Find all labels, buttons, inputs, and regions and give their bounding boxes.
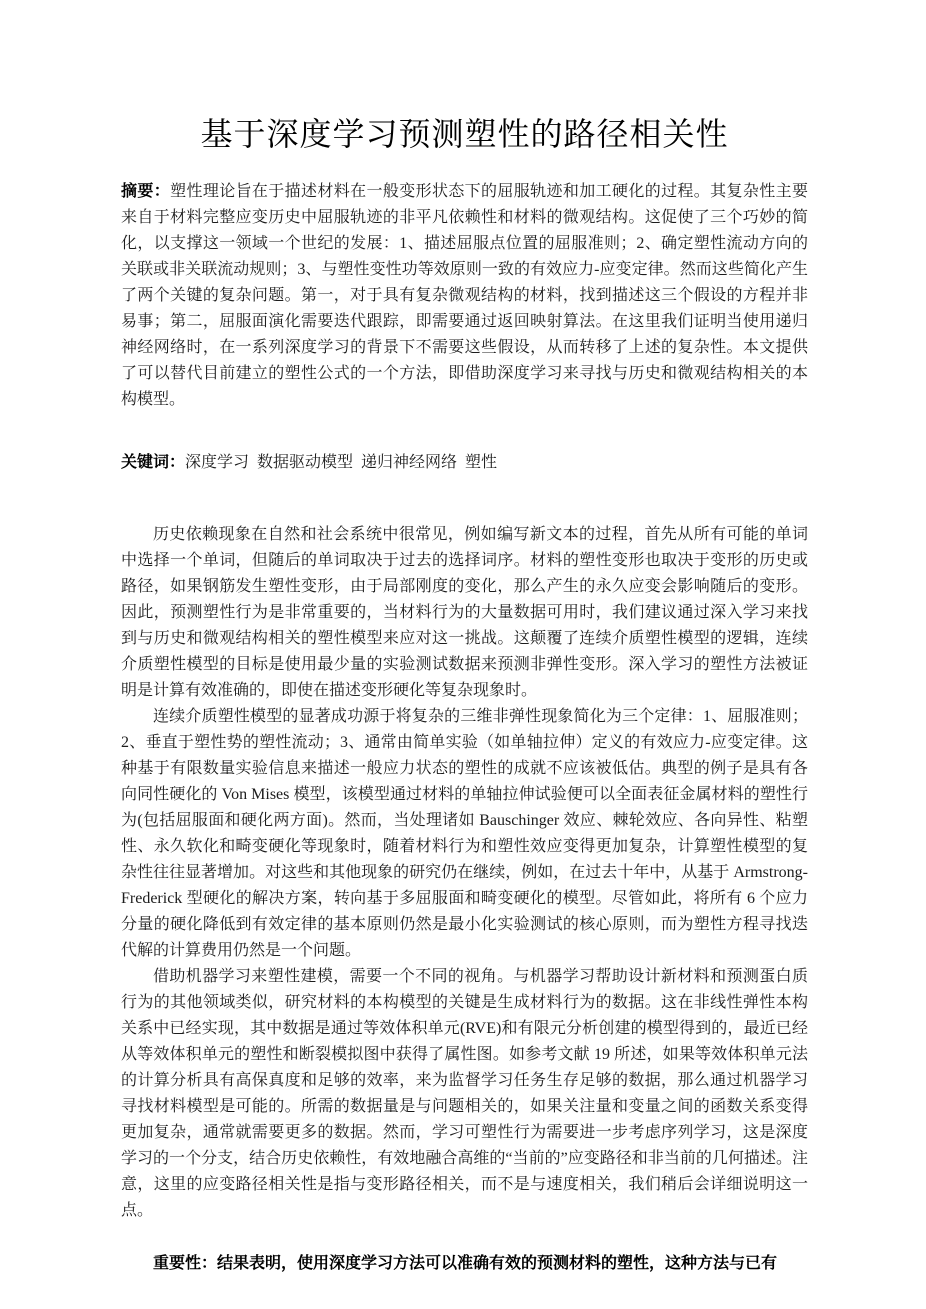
document-page: 基于深度学习预测塑性的路径相关性 摘要：塑性理论旨在于描述材料在一般变形状态下的… xyxy=(0,0,926,1309)
body-paragraph-2: 连续介质塑性模型的显著成功源于将复杂的三维非弹性现象简化为三个定律：1、屈服准则… xyxy=(121,704,808,964)
keywords-label: 关键词： xyxy=(121,452,185,471)
abstract-paragraph: 摘要：塑性理论旨在于描述材料在一般变形状态下的屈服轨迹和加工硬化的过程。其复杂性… xyxy=(121,178,808,413)
page-title: 基于深度学习预测塑性的路径相关性 xyxy=(121,112,808,156)
importance-line: 重要性：结果表明，使用深度学习方法可以准确有效的预测材料的塑性，这种方法与已有 xyxy=(121,1250,808,1276)
body-paragraph-3: 借助机器学习来塑性建模，需要一个不同的视角。与机器学习帮助设计新材料和预测蛋白质… xyxy=(121,964,808,1224)
abstract-text: 塑性理论旨在于描述材料在一般变形状态下的屈服轨迹和加工硬化的过程。其复杂性主要来… xyxy=(121,183,808,408)
abstract-label: 摘要： xyxy=(121,181,170,200)
keywords-line: 关键词：深度学习 数据驱动模型 递归神经网络 塑性 xyxy=(121,449,808,476)
body-text: 历史依赖现象在自然和社会系统中很常见，例如编写新文本的过程，首先从所有可能的单词… xyxy=(121,522,808,1224)
keywords-text: 深度学习 数据驱动模型 递归神经网络 塑性 xyxy=(185,454,497,471)
body-paragraph-1: 历史依赖现象在自然和社会系统中很常见，例如编写新文本的过程，首先从所有可能的单词… xyxy=(121,522,808,704)
